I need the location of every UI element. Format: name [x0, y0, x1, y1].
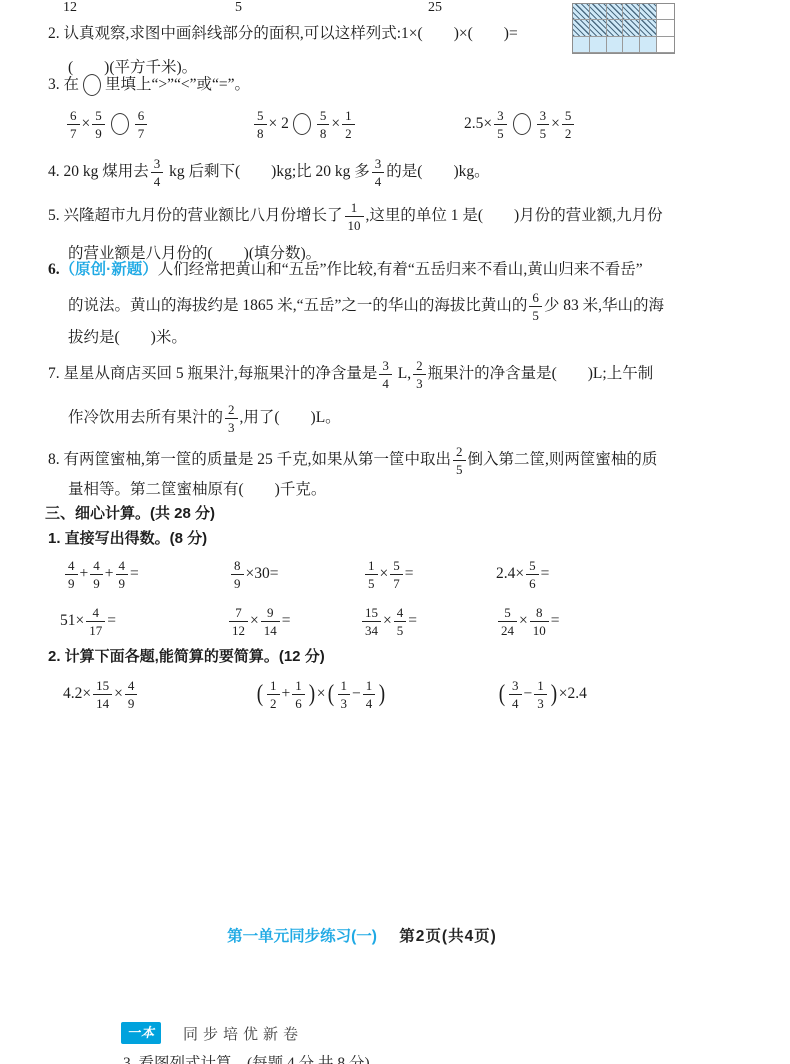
big-parenthesis: )	[551, 682, 557, 706]
yiben-logo-badge: 一本	[121, 1022, 161, 1044]
fraction: 34	[151, 157, 164, 188]
fraction: 57	[390, 559, 403, 590]
fraction: 110	[345, 201, 364, 232]
math-text: 3. 在	[48, 75, 79, 95]
calc-expression-7: 1534×45=	[360, 599, 417, 643]
fraction: 35	[537, 109, 550, 140]
math-text: =	[408, 611, 417, 631]
grid-cell	[623, 4, 640, 20]
clipped-next-page-line: 3. 看图列式计算。(每题 4 分,共 8 分)	[123, 1054, 683, 1064]
grid-cell	[640, 20, 657, 36]
clipped-fraction-fragment: 25	[428, 0, 442, 16]
fraction: 34	[509, 679, 522, 710]
fraction: 52	[562, 109, 575, 140]
question-6-number: 6.	[48, 261, 60, 278]
math-text: 少 83 米,华山的海	[544, 296, 664, 316]
comparison-circle	[111, 113, 129, 135]
grid-cell	[640, 4, 657, 20]
fraction: 16	[292, 679, 305, 710]
fraction: 34	[379, 359, 392, 390]
grid-cell	[573, 4, 590, 20]
fraction: 49	[65, 559, 78, 590]
math-text: +	[282, 684, 291, 704]
brand-row: 一本 同步培优新卷	[121, 1022, 303, 1044]
comparison-circle	[513, 113, 531, 135]
question-8-line-2: 量相等。第二筐蜜柚原有( )千克。	[68, 480, 326, 500]
fraction: 49	[90, 559, 103, 590]
fraction: 65	[529, 291, 542, 322]
math-text: 8. 有两筐蜜柚,第一筐的质量是 25 千克,如果从第一筐中取出	[48, 450, 451, 470]
grid-cell	[623, 37, 640, 53]
page-footer: 第一单元同步练习(一) 第2页(共4页)	[0, 924, 757, 946]
question-6-line-2: 的说法。黄山的海拔约是 1865 米,“五岳”之一的华山的海拔比黄山的65少 8…	[68, 284, 664, 328]
fraction: 1514	[93, 679, 112, 710]
math-text: ×	[551, 114, 560, 134]
calc-expression-4: 2.4×56=	[496, 552, 549, 596]
question-8-line-1: 8. 有两筐蜜柚,第一筐的质量是 25 千克,如果从第一筐中取出25倒入第二筐,…	[48, 438, 657, 482]
question-2-line-1: 2. 认真观察,求图中画斜线部分的面积,可以这样列式:1×( )×( )=	[48, 24, 518, 44]
math-text: kg 后剩下( )kg;比 20 kg 多	[165, 162, 370, 182]
question-4: 4. 20 kg 煤用去34 kg 后剩下( )kg;比 20 kg 多34的是…	[48, 150, 490, 194]
fraction: 524	[498, 606, 517, 637]
math-text: ×	[317, 684, 326, 704]
math-text: =	[282, 611, 291, 631]
math-text: 2.5×	[464, 114, 492, 134]
grid-cell	[607, 4, 624, 20]
question-6-line-1: 6.（原创·新题）人们经常把黄山和“五岳”作比较,有着“五岳归来不看山,黄山归来…	[48, 260, 643, 280]
grid-cell	[590, 20, 607, 36]
grid-cell	[607, 20, 624, 36]
compare-expression-2: 58× 258×12	[252, 102, 357, 146]
fraction: 58	[254, 109, 267, 140]
math-text: ×30=	[246, 564, 279, 584]
question-7-line-1: 7. 星星从商店买回 5 瓶果汁,每瓶果汁的净含量是34 L,23瓶果汁的净含量…	[48, 352, 653, 396]
fraction: 56	[526, 559, 539, 590]
fraction: 23	[225, 403, 238, 434]
grid-cell	[590, 4, 607, 20]
math-text: ×	[82, 114, 91, 134]
fraction: 1534	[362, 606, 381, 637]
math-text: 4.2×	[63, 684, 91, 704]
question-6-line-3: 拔约是( )米。	[68, 328, 187, 348]
fraction: 49	[116, 559, 129, 590]
grid-cell	[573, 37, 590, 53]
question-7-line-2: 作冷饮用去所有果汁的23,用了( )L。	[68, 396, 341, 440]
fraction: 810	[530, 606, 549, 637]
math-text: 作冷饮用去所有果汁的	[68, 408, 223, 428]
simplify-expression-3: (34−13)×2.4	[497, 672, 587, 716]
brand-series-name: 同步培优新卷	[183, 1023, 303, 1044]
compare-expression-3: 2.5×3535×52	[464, 102, 576, 146]
clipped-fraction-fragment: 12	[63, 0, 77, 16]
math-text: × 2	[269, 114, 289, 134]
math-text: ,用了( )L。	[240, 408, 341, 428]
math-text: 倒入第二筐,则两筐蜜柚的质	[468, 450, 658, 470]
calc-expression-3: 15×57=	[363, 552, 414, 596]
math-text: =	[405, 564, 414, 584]
fraction: 34	[372, 157, 385, 188]
big-parenthesis: )	[379, 682, 385, 706]
fraction: 712	[229, 606, 248, 637]
math-text: ×	[519, 611, 528, 631]
math-text: ×	[383, 611, 392, 631]
big-parenthesis: )	[309, 682, 315, 706]
question-3: 3. 在里填上“>”“<”或“=”。	[48, 70, 250, 100]
area-grid-diagram	[572, 3, 675, 54]
section-3-sub-2: 2. 计算下面各题,能简算的要简算。(12 分)	[48, 647, 325, 667]
comparison-circle	[83, 74, 101, 96]
big-parenthesis: (	[499, 682, 505, 706]
math-text: =	[541, 564, 550, 584]
grid-cell	[623, 20, 640, 36]
simplify-expression-2: (12+16)×(13−14)	[255, 672, 387, 716]
fraction: 417	[86, 606, 105, 637]
math-text: L,	[394, 364, 411, 384]
grid-cell	[657, 37, 674, 53]
math-text: −	[524, 684, 533, 704]
math-text: 7. 星星从商店买回 5 瓶果汁,每瓶果汁的净含量是	[48, 364, 377, 384]
fraction: 35	[494, 109, 507, 140]
question-5-line-1: 5. 兴隆超市九月份的营业额比八月份增长了110,这里的单位 1 是( )月份的…	[48, 194, 663, 238]
calc-expression-2: 89×30=	[229, 552, 278, 596]
calc-expression-1: 49+49+49=	[63, 552, 139, 596]
big-parenthesis: (	[257, 682, 263, 706]
fraction: 13	[338, 679, 351, 710]
comparison-circle	[293, 113, 311, 135]
section-3-sub-1: 1. 直接写出得数。(8 分)	[48, 529, 207, 549]
calc-expression-8: 524×810=	[496, 599, 560, 643]
footer-unit-title: 第一单元同步练习(一)	[227, 928, 377, 945]
math-text: =	[107, 611, 116, 631]
fraction: 49	[125, 679, 138, 710]
clipped-fraction-fragment: 5	[235, 0, 242, 16]
section-3-title: 三、细心计算。(共 28 分)	[45, 504, 215, 524]
fraction: 25	[453, 445, 466, 476]
footer-page-number: 第2页(共4页)	[399, 928, 497, 945]
grid-cell	[657, 20, 674, 36]
grid-cell	[590, 37, 607, 53]
fraction: 67	[135, 109, 148, 140]
math-text: ×	[380, 564, 389, 584]
math-text: 5. 兴隆超市九月份的营业额比八月份增长了	[48, 206, 343, 226]
calc-expression-6: 712×914=	[227, 599, 291, 643]
grid-cell	[573, 20, 590, 36]
math-text: 51×	[60, 611, 84, 631]
fraction: 12	[342, 109, 355, 140]
fraction: 58	[317, 109, 330, 140]
grid-cell	[640, 37, 657, 53]
math-text: ,这里的单位 1 是( )月份的营业额,九月份	[366, 206, 663, 226]
worksheet-page: 12 5 25 2. 认真观察,求图中画斜线部分的面积,可以这样列式:1×( )…	[0, 0, 790, 1064]
fraction: 12	[267, 679, 280, 710]
math-text: ×	[114, 684, 123, 704]
math-text: 4. 20 kg 煤用去	[48, 162, 149, 182]
big-parenthesis: (	[327, 682, 333, 706]
fraction: 14	[363, 679, 376, 710]
question-6-text: 人们经常把黄山和“五岳”作比较,有着“五岳归来不看山,黄山归来不看岳”	[158, 261, 643, 278]
fraction: 914	[261, 606, 280, 637]
math-text: ×2.4	[559, 684, 587, 704]
grid-cell	[607, 37, 624, 53]
math-text: ×	[331, 114, 340, 134]
math-text: 的说法。黄山的海拔约是 1865 米,“五岳”之一的华山的海拔比黄山的	[68, 296, 527, 316]
compare-expression-1: 67×5967	[65, 102, 149, 146]
math-text: =	[130, 564, 139, 584]
math-text: 2.4×	[496, 564, 524, 584]
math-text: +	[80, 564, 89, 584]
math-text: 的是( )kg。	[386, 162, 489, 182]
question-6-original-tag: （原创·新题）	[60, 261, 158, 278]
fraction: 13	[534, 679, 547, 710]
fraction: 59	[92, 109, 105, 140]
math-text: =	[551, 611, 560, 631]
calc-expression-5: 51×417=	[60, 599, 116, 643]
math-text: 里填上“>”“<”或“=”。	[105, 75, 250, 95]
math-text: +	[105, 564, 114, 584]
fraction: 23	[413, 359, 426, 390]
math-text: −	[352, 684, 361, 704]
grid-cell	[657, 4, 674, 20]
fraction: 67	[67, 109, 80, 140]
fraction: 89	[231, 559, 244, 590]
fraction: 15	[365, 559, 378, 590]
simplify-expression-1: 4.2×1514×49	[63, 672, 139, 716]
math-text: ×	[250, 611, 259, 631]
math-text: 瓶果汁的净含量是( )L;上午制	[428, 364, 654, 384]
fraction: 45	[394, 606, 407, 637]
